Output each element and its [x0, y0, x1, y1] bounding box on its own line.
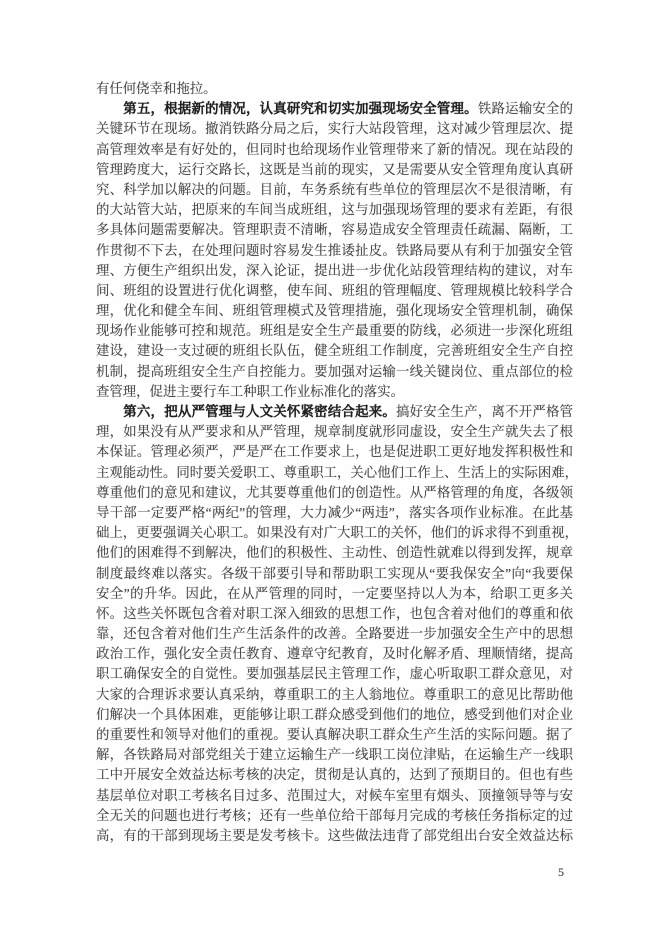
- text-line: 关键环节在现场。撤消铁路分局之后，实行大站段管理，这对减少管理层次、提: [96, 119, 573, 139]
- text-segment: 间、班组的设置进行优化调整，使车间、班组的管理幅度、管理规模比较科学合: [96, 283, 573, 298]
- text-line: 解，各铁路局对部党组关于建立运输生产一线职工岗位津贴，在运输生产一线职: [96, 745, 573, 765]
- text-line: 多具体问题需要解决。管理职责不清晰，容易造成安全管理责任疏漏、隔断，工: [96, 220, 573, 240]
- text-line: 查管理，促进主要行车工种职工作业标准化的落实。: [96, 382, 573, 402]
- text-line: 第六，把从严管理与人文关怀紧密结合起来。搞好安全生产，离不开严格管: [96, 402, 573, 422]
- text-block: 有任何侥幸和拖拉。 第五，根据新的情况，认真研究和切实加强现场安全管理。铁路运输…: [96, 79, 573, 846]
- text-line: 导干部一定要严格“两纪”的管理，大力减少“两违”，落实各项作业标准。在此基: [96, 503, 573, 523]
- text-segment: 怀。这些关怀既包含着对职工深入细致的思想工作，也包含着对他们的尊重和依: [96, 606, 573, 621]
- text-line: 制度最终难以落实。各级干部要引导和帮助职工实现从“要我保安全”向“我要保: [96, 564, 573, 584]
- text-segment: 们解决一个具体困难，更能够让职工群众感受到他们的地位，感受到他们对企业: [96, 707, 573, 722]
- text-line: 第五，根据新的情况，认真研究和切实加强现场安全管理。铁路运输安全的: [96, 99, 573, 119]
- document-page: 有任何侥幸和拖拉。 第五，根据新的情况，认真研究和切实加强现场安全管理。铁路运输…: [0, 0, 661, 935]
- text-segment: 究、科学加以解决的问题。目前，车务系统有些单位的管理层次不是很清晰，有: [96, 182, 573, 197]
- text-line: 的重要性和领导对他们的重视。要认真解决职工群众生产生活的实际问题。据了: [96, 725, 573, 745]
- text-segment: 建设，建设一支过硬的班组长队伍，健全班组工作制度，完善班组安全生产自控: [96, 343, 573, 358]
- text-segment: [96, 101, 123, 116]
- text-segment: 高，有的干部到现场主要是发考核卡。这些做法违背了部党组出台安全效益达标: [96, 828, 573, 843]
- bold-text-segment: 第五，根据新的情况，认真研究和切实加强现场安全管理。: [123, 101, 478, 116]
- text-line: 有任何侥幸和拖拉。: [96, 79, 573, 99]
- text-segment: 关键环节在现场。撤消铁路分局之后，实行大站段管理，这对减少管理层次、提: [96, 121, 573, 136]
- paragraph-fifth: 第五，根据新的情况，认真研究和切实加强现场安全管理。铁路运输安全的关键环节在现场…: [96, 99, 573, 402]
- text-line: 尊重他们的意见和建议，尤其要尊重他们的创造性。从严格管理的角度，各级领: [96, 483, 573, 503]
- text-segment: 机制，提高班组安全生产自控能力。要加强对运输一线关键岗位、重点部位的检: [96, 364, 573, 379]
- paragraph-continuation: 有任何侥幸和拖拉。: [96, 79, 573, 99]
- text-segment: 大家的合理诉求要认真采纳，尊重职工的主人翁地位。尊重职工的意见比帮助他: [96, 687, 573, 702]
- text-segment: 高管理效率是有好处的，但同时也给现场作业管理带来了新的情况。现在站段的: [96, 142, 573, 157]
- text-line: 靠，还包含着对他们生产生活条件的改善。全路要进一步加强安全生产中的思想: [96, 624, 573, 644]
- text-line: 主观能动性。同时要关爱职工、尊重职工，关心他们工作上、生活上的实际困难，: [96, 463, 573, 483]
- text-segment: 工中开展安全效益达标考核的决定，贯彻是认真的，达到了预期目的。但也有些: [96, 767, 573, 782]
- text-segment: 现场作业能够可控和规范。班组是安全生产最重要的防线，必须进一步深化班组: [96, 323, 573, 338]
- text-segment: 查管理，促进主要行车工种职工作业标准化的落实。: [96, 384, 404, 399]
- text-segment: 制度最终难以落实。各级干部要引导和帮助职工实现从“要我保安全”向“我要保: [96, 566, 573, 581]
- page-number: 5: [558, 864, 564, 880]
- text-segment: 有任何侥幸和拖拉。: [96, 81, 217, 96]
- text-segment: 的大站管大站，把原来的车间当成班组，这与加强现场管理的要求有差距，有很: [96, 202, 573, 217]
- bold-text-segment: 第六，把从严管理与人文关怀紧密结合起来。: [123, 404, 396, 419]
- text-segment: 多具体问题需要解决。管理职责不清晰，容易造成安全管理责任疏漏、隔断，工: [96, 222, 573, 237]
- text-line: 间、班组的设置进行优化调整，使车间、班组的管理幅度、管理规模比较科学合: [96, 281, 573, 301]
- text-segment: 职工确保安全的自觉性。要加强基层民主管理工作，虚心听取职工群众意见，对: [96, 666, 573, 681]
- text-line: 怀。这些关怀既包含着对职工深入细致的思想工作，也包含着对他们的尊重和依: [96, 604, 573, 624]
- text-line: 安全”的升华。因此，在从严管理的同时，一定要坚持以人为本，给职工更多关: [96, 584, 573, 604]
- text-segment: 的重要性和领导对他们的重视。要认真解决职工群众生产生活的实际问题。据了: [96, 727, 573, 742]
- text-segment: 尊重他们的意见和建议，尤其要尊重他们的创造性。从严格管理的角度，各级领: [96, 485, 573, 500]
- text-line: 政治工作，强化安全责任教育、遵章守纪教育，及时化解矛盾、理顺情绪，提高: [96, 644, 573, 664]
- text-line: 他们的困难得不到解决，他们的积极性、主动性、创造性就难以得到发挥，规章: [96, 543, 573, 563]
- text-line: 全无关的问题也进行考核；还有一些单位给干部每月完成的考核任务指标定的过: [96, 806, 573, 826]
- text-line: 究、科学加以解决的问题。目前，车务系统有些单位的管理层次不是很清晰，有: [96, 180, 573, 200]
- text-line: 们解决一个具体困难，更能够让职工群众感受到他们的地位，感受到他们对企业: [96, 705, 573, 725]
- text-segment: 靠，还包含着对他们生产生活条件的改善。全路要进一步加强安全生产中的思想: [96, 626, 573, 641]
- text-line: 理，如果没有从严要求和从严管理，规章制度就形同虚设，安全生产就失去了根: [96, 422, 573, 442]
- text-line: 大家的合理诉求要认真采纳，尊重职工的主人翁地位。尊重职工的意见比帮助他: [96, 685, 573, 705]
- text-segment: 本保证。管理必须严，严是严在工作要求上，也是促进职工更好地发挥积极性和: [96, 444, 573, 459]
- text-segment: 他们的困难得不到解决，他们的积极性、主动性、创造性就难以得到发挥，规章: [96, 545, 573, 560]
- text-line: 的大站管大站，把原来的车间当成班组，这与加强现场管理的要求有差距，有很: [96, 200, 573, 220]
- text-segment: 解，各铁路局对部党组关于建立运输生产一线职工岗位津贴，在运输生产一线职: [96, 747, 573, 762]
- text-segment: [96, 404, 123, 419]
- text-line: 管理跨度大，运行交路长，这既是当前的现实，又是需要从安全管理角度认真研: [96, 160, 573, 180]
- text-segment: 导干部一定要严格“两纪”的管理，大力减少“两违”，落实各项作业标准。在此基: [96, 505, 573, 520]
- text-line: 高，有的干部到现场主要是发考核卡。这些做法违背了部党组出台安全效益达标: [96, 826, 573, 846]
- text-line: 础上，更要强调关心职工。如果没有对广大职工的关怀，他们的诉求得不到重视，: [96, 523, 573, 543]
- paragraph-sixth: 第六，把从严管理与人文关怀紧密结合起来。搞好安全生产，离不开严格管理，如果没有从…: [96, 402, 573, 846]
- text-segment: 安全”的升华。因此，在从严管理的同时，一定要坚持以人为本，给职工更多关: [96, 586, 573, 601]
- text-line: 作贯彻不下去，在处理问题时容易发生推诿扯皮。铁路局要从有利于加强安全管: [96, 241, 573, 261]
- text-segment: 基层单位对职工考核名目过多、范围过大，对候车室里有烟头、顶撞领导等与安: [96, 788, 573, 803]
- text-line: 基层单位对职工考核名目过多、范围过大，对候车室里有烟头、顶撞领导等与安: [96, 786, 573, 806]
- text-segment: 主观能动性。同时要关爱职工、尊重职工，关心他们工作上、生活上的实际困难，: [96, 465, 578, 480]
- text-segment: 搞好安全生产，离不开严格管: [396, 404, 573, 419]
- text-segment: 全无关的问题也进行考核；还有一些单位给干部每月完成的考核任务指标定的过: [96, 808, 573, 823]
- text-line: 职工确保安全的自觉性。要加强基层民主管理工作，虚心听取职工群众意见，对: [96, 664, 573, 684]
- text-line: 现场作业能够可控和规范。班组是安全生产最重要的防线，必须进一步深化班组: [96, 321, 573, 341]
- text-line: 理，优化和健全车间、班组管理模式及管理措施，强化现场安全管理机制，确保: [96, 301, 573, 321]
- text-segment: 政治工作，强化安全责任教育、遵章守纪教育，及时化解矛盾、理顺情绪，提高: [96, 646, 573, 661]
- text-segment: 础上，更要强调关心职工。如果没有对广大职工的关怀，他们的诉求得不到重视，: [96, 525, 578, 540]
- text-line: 机制，提高班组安全生产自控能力。要加强对运输一线关键岗位、重点部位的检: [96, 362, 573, 382]
- text-segment: 铁路运输安全的: [478, 101, 573, 116]
- text-line: 建设，建设一支过硬的班组长队伍，健全班组工作制度，完善班组安全生产自控: [96, 341, 573, 361]
- text-line: 工中开展安全效益达标考核的决定，贯彻是认真的，达到了预期目的。但也有些: [96, 765, 573, 785]
- text-segment: 理、方便生产组织出发，深入论证，提出进一步优化站段管理结构的建议，对车: [96, 263, 573, 278]
- text-segment: 作贯彻不下去，在处理问题时容易发生推诿扯皮。铁路局要从有利于加强安全管: [96, 243, 573, 258]
- text-line: 本保证。管理必须严，严是严在工作要求上，也是促进职工更好地发挥积极性和: [96, 442, 573, 462]
- text-line: 高管理效率是有好处的，但同时也给现场作业管理带来了新的情况。现在站段的: [96, 140, 573, 160]
- text-segment: 理，如果没有从严要求和从严管理，规章制度就形同虚设，安全生产就失去了根: [96, 424, 573, 439]
- text-line: 理、方便生产组织出发，深入论证，提出进一步优化站段管理结构的建议，对车: [96, 261, 573, 281]
- text-segment: 理，优化和健全车间、班组管理模式及管理措施，强化现场安全管理机制，确保: [96, 303, 573, 318]
- text-segment: 管理跨度大，运行交路长，这既是当前的现实，又是需要从安全管理角度认真研: [96, 162, 573, 177]
